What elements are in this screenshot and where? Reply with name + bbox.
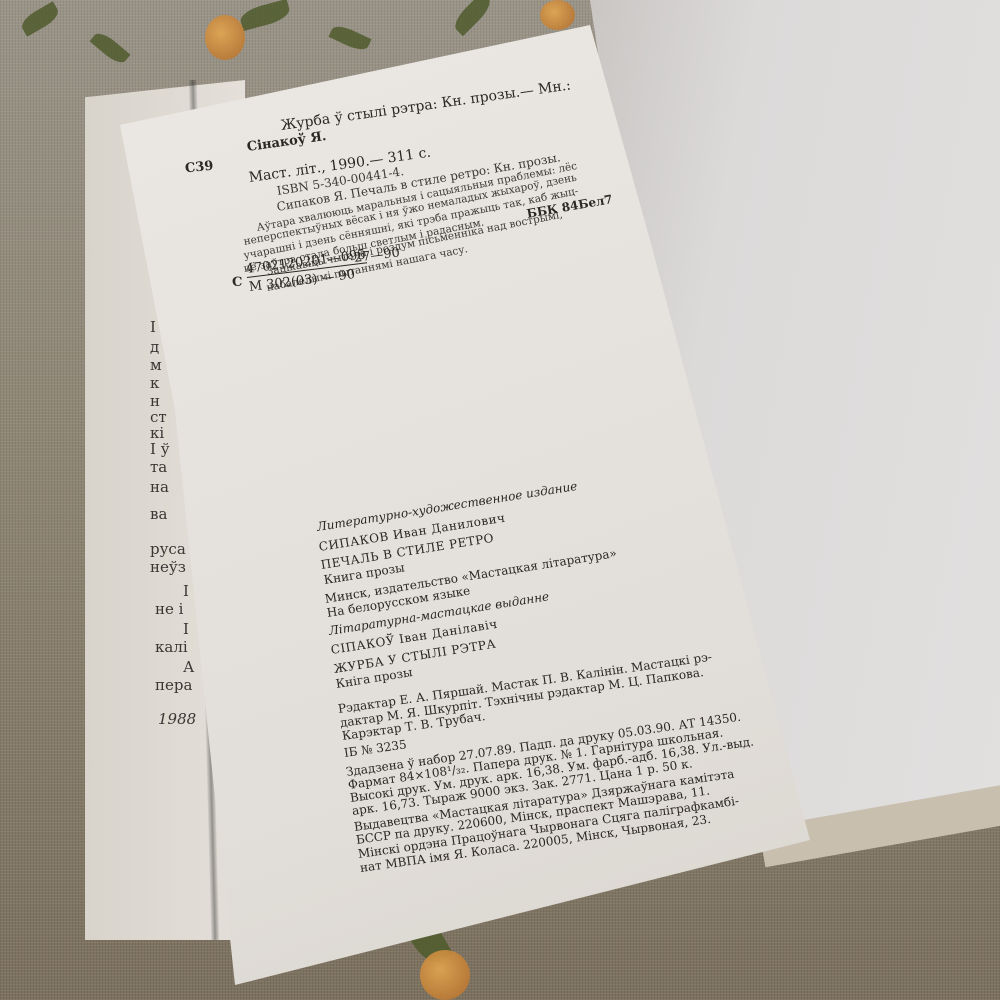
index-prefix: С [232,275,242,290]
imprint-page: С39 Сінакоў Я. Журба ў стылі рэтра: Кн. … [0,0,1000,1000]
class-code: С39 [184,159,214,177]
